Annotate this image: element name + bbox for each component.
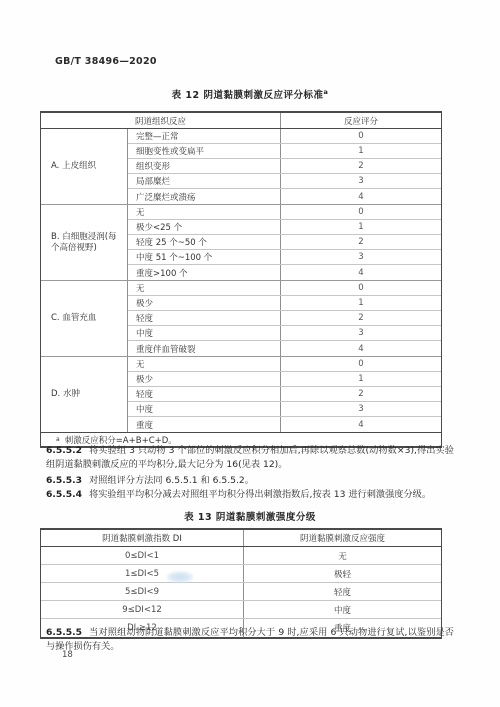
cell-score: 4	[281, 417, 441, 432]
clause-number: 6.5.5.5	[46, 627, 82, 638]
cell-score: 4	[281, 341, 441, 356]
table12-title-footnote-marker: a	[323, 88, 328, 96]
cell-desc: 重度伴血管破裂	[128, 341, 281, 356]
table12-header-tissue: 阴道组织反应	[41, 113, 281, 128]
cell-score: 3	[281, 402, 441, 416]
cell-di-range: 5≤DI<9	[41, 583, 244, 600]
cell-score: 2	[281, 387, 441, 401]
table12-header-score: 反应评分	[281, 113, 441, 128]
cell-score: 0	[281, 205, 441, 219]
cell-score: 4	[281, 189, 441, 204]
cell-score: 3	[281, 326, 441, 340]
cell-desc: 无	[128, 205, 281, 219]
table12-header-row: 阴道组织反应 反应评分	[41, 113, 441, 129]
table-row: 极少1	[128, 296, 441, 311]
table-row: 轻度2	[128, 311, 441, 326]
standard-doc-number: GB/T 38496—2020	[55, 56, 157, 67]
table-row: 轻度 25 个~50 个2	[128, 235, 441, 250]
table-row: 细胞变性或变扁平1	[128, 144, 441, 159]
table-row: 无0	[128, 205, 441, 220]
table-row: 9≤DI<12中度	[41, 601, 441, 619]
cell-desc: 极少	[128, 296, 281, 310]
cell-desc: 组织变形	[128, 159, 281, 173]
table-row: 广泛糜烂或溃疡4	[128, 189, 441, 204]
table-row: 5≤DI<9轻度	[41, 583, 441, 601]
table13-title-text: 表 13 阴道黏膜刺激强度分级	[184, 512, 316, 523]
cell-desc: 重度	[128, 417, 281, 432]
table13-irritation-grading: 阴道黏膜刺激指数 DI 阴道黏膜刺激反应强度 0≤DI<1无 1≤DI<5极轻 …	[40, 528, 442, 639]
table-row: 0≤DI<1无	[41, 547, 441, 565]
cell-desc: 极少<25 个	[128, 220, 281, 234]
cell-di-range: 0≤DI<1	[41, 547, 244, 564]
table-row: 组织变形2	[128, 159, 441, 174]
cell-score: 2	[281, 311, 441, 325]
table-row: 重度4	[128, 417, 441, 432]
clause-6-5-5-4: 6.5.5.4将实验组平均积分减去对照组平均积分得出刺激指数后,按表 13 进行…	[46, 488, 454, 502]
cell-score: 0	[281, 357, 441, 371]
table-row: 1≤DI<5极轻	[41, 565, 441, 583]
table12-section-d: D. 水肿 无0 极少1 轻度2 中度3 重度4	[41, 357, 441, 432]
table12-title-text: 表 12 阴道黏膜刺激反应评分标准	[172, 90, 324, 101]
table-row: 轻度2	[128, 387, 441, 402]
cell-score: 4	[281, 265, 441, 280]
table13-header-row: 阴道黏膜刺激指数 DI 阴道黏膜刺激反应强度	[41, 530, 441, 547]
cell-desc: 完整—正常	[128, 129, 281, 143]
table12-section-b-rows: 无0 极少<25 个1 轻度 25 个~50 个2 中度 51 个~100 个3…	[128, 205, 441, 280]
cell-desc: 局部糜烂	[128, 174, 281, 188]
cell-di-range: 1≤DI<5	[41, 565, 244, 582]
table12-section-b: B. 白细胞浸润(每个高倍视野) 无0 极少<25 个1 轻度 25 个~50 …	[41, 205, 441, 281]
table13-header-intensity: 阴道黏膜刺激反应强度	[244, 530, 441, 546]
page-number: 18	[62, 650, 73, 660]
clause-text: 将实验组平均积分减去对照组平均积分得出刺激指数后,按表 13 进行刺激强度分级。	[89, 489, 431, 500]
cell-score: 0	[281, 281, 441, 295]
cell-di-range: 9≤DI<12	[41, 601, 244, 618]
cell-desc: 极少	[128, 372, 281, 386]
clause-text: 将实验组 3 只动物 3 个部位的刺激反应积分相加后,再除以观察总数(动物数×3…	[46, 445, 454, 470]
clause-number: 6.5.5.2	[46, 445, 82, 456]
cell-desc: 轻度	[128, 311, 281, 325]
cell-desc: 广泛糜烂或溃疡	[128, 189, 281, 204]
cell-intensity: 无	[244, 547, 441, 564]
cell-score: 1	[281, 220, 441, 234]
cell-desc: 无	[128, 357, 281, 371]
cell-desc: 细胞变性或变扁平	[128, 144, 281, 158]
table-row: 中度3	[128, 402, 441, 417]
cell-score: 0	[281, 129, 441, 143]
cell-intensity: 中度	[244, 601, 441, 618]
cell-score: 1	[281, 296, 441, 310]
clause-text: 对照组评分方法同 6.5.5.1 和 6.5.5.2。	[89, 475, 254, 486]
table12-section-c-rows: 无0 极少1 轻度2 中度3 重度伴血管破裂4	[128, 281, 441, 356]
table-row: 极少1	[128, 372, 441, 387]
table12-section-d-label: D. 水肿	[41, 357, 128, 432]
cell-desc: 中度	[128, 402, 281, 416]
table12-section-c-label: C. 血管充血	[41, 281, 128, 356]
table13-header-index: 阴道黏膜刺激指数 DI	[41, 530, 244, 546]
table12-footnote-marker: a	[56, 436, 60, 443]
table12-section-d-rows: 无0 极少1 轻度2 中度3 重度4	[128, 357, 441, 432]
clause-6-5-5-3: 6.5.5.3对照组评分方法同 6.5.5.1 和 6.5.5.2。	[46, 474, 454, 488]
table-row: 中度3	[128, 326, 441, 341]
table-row: 极少<25 个1	[128, 220, 441, 235]
cell-score: 1	[281, 372, 441, 386]
table-row: 中度 51 个~100 个3	[128, 250, 441, 265]
table-row: 局部糜烂3	[128, 174, 441, 189]
cell-intensity: 极轻	[244, 565, 441, 582]
table12-section-a-label: A. 上皮组织	[41, 129, 128, 204]
cell-desc: 中度	[128, 326, 281, 340]
clause-6-5-5-5: 6.5.5.5当对照组动物阴道黏膜刺激反应平均积分大于 9 时,应采用 6 只动…	[46, 626, 454, 654]
clause-6-5-5-2: 6.5.5.2将实验组 3 只动物 3 个部位的刺激反应积分相加后,再除以观察总…	[46, 444, 454, 472]
table12-section-a-rows: 完整—正常0 细胞变性或变扁平1 组织变形2 局部糜烂3 广泛糜烂或溃疡4	[128, 129, 441, 204]
table-row: 重度>100 个4	[128, 265, 441, 280]
table13-title: 表 13 阴道黏膜刺激强度分级	[0, 509, 500, 523]
clause-number: 6.5.5.4	[46, 489, 82, 500]
cell-desc: 轻度 25 个~50 个	[128, 235, 281, 249]
cell-score: 3	[281, 174, 441, 188]
table12-section-a: A. 上皮组织 完整—正常0 细胞变性或变扁平1 组织变形2 局部糜烂3 广泛糜…	[41, 129, 441, 205]
cell-desc: 无	[128, 281, 281, 295]
clause-number: 6.5.5.3	[46, 475, 82, 486]
cell-desc: 重度>100 个	[128, 265, 281, 280]
cell-intensity: 轻度	[244, 583, 441, 600]
table12-title: 表 12 阴道黏膜刺激反应评分标准a	[0, 87, 500, 101]
table12-section-b-label: B. 白细胞浸润(每个高倍视野)	[41, 205, 128, 280]
cell-score: 3	[281, 250, 441, 264]
table-row: 完整—正常0	[128, 129, 441, 144]
table-row: 无0	[128, 281, 441, 296]
cell-score: 2	[281, 235, 441, 249]
table12-irritation-scoring: 阴道组织反应 反应评分 A. 上皮组织 完整—正常0 细胞变性或变扁平1 组织变…	[40, 111, 442, 448]
cell-desc: 轻度	[128, 387, 281, 401]
table12-section-c: C. 血管充血 无0 极少1 轻度2 中度3 重度伴血管破裂4	[41, 281, 441, 357]
document-page: GB/T 38496—2020 表 12 阴道黏膜刺激反应评分标准a 阴道组织反…	[0, 0, 500, 707]
cell-score: 1	[281, 144, 441, 158]
cell-desc: 中度 51 个~100 个	[128, 250, 281, 264]
cell-score: 2	[281, 159, 441, 173]
table-row: 重度伴血管破裂4	[128, 341, 441, 356]
clause-text: 当对照组动物阴道黏膜刺激反应平均积分大于 9 时,应采用 6 只动物进行复试,以…	[46, 627, 454, 652]
table-row: 无0	[128, 357, 441, 372]
